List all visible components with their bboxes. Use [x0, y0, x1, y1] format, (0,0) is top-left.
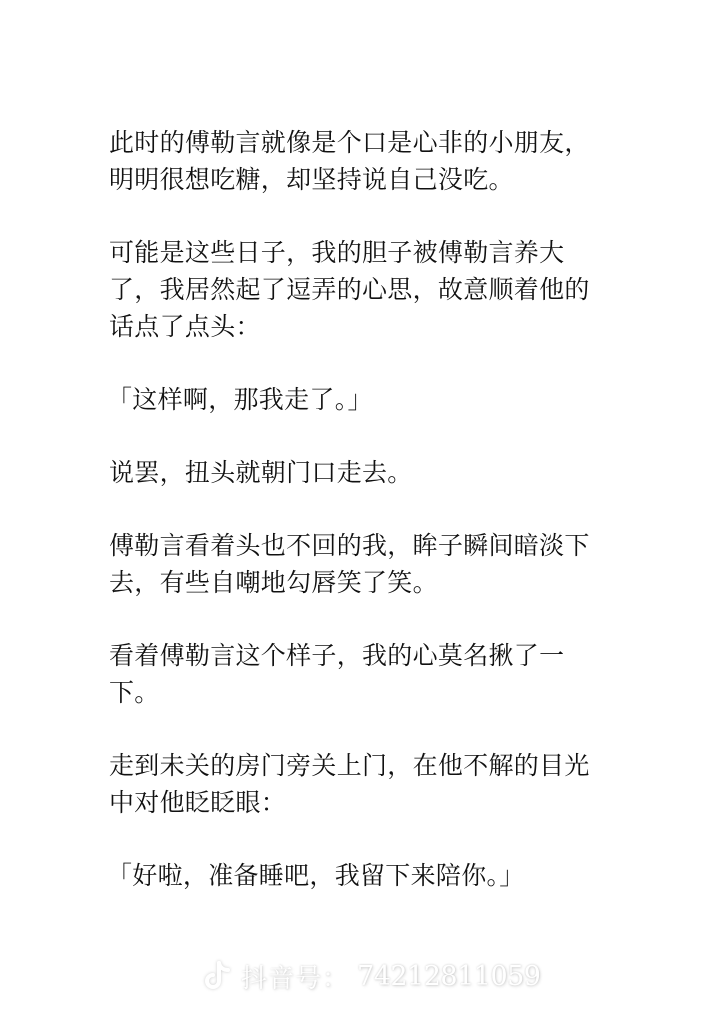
story-text: 此时的傅勒言就像是个口是心非的小朋友，明明很想吃糖，却坚持说自己没吃。 可能是这…: [109, 124, 614, 930]
watermark-account-id: 74212811059: [357, 961, 540, 992]
paragraph: 走到未关的房门旁关上门，在他不解的目光中对他眨眨眼：: [109, 747, 614, 821]
paragraph: 可能是这些日子，我的胆子被傅勒言养大了，我居然起了逗弄的心思，故意顺着他的话点了…: [109, 234, 614, 345]
paragraph: 傅勒言看着头也不回的我，眸子瞬间暗淡下去，有些自嘲地勾唇笑了笑。: [109, 527, 614, 601]
dialogue-paragraph: 「这样啊，那我走了。」: [107, 381, 614, 418]
douyin-logo-icon: [203, 960, 233, 992]
paragraph: 此时的傅勒言就像是个口是心非的小朋友，明明很想吃糖，却坚持说自己没吃。: [109, 124, 614, 198]
dialogue-paragraph: 「好啦，准备睡吧，我留下来陪你。」: [107, 857, 614, 894]
paragraph: 说罢，扭头就朝门口走去。: [109, 454, 614, 491]
watermark-label: 抖音号：: [241, 958, 349, 995]
paragraph: 看着傅勒言这个样子，我的心莫名揪了一下。: [109, 637, 614, 711]
document-page: 此时的傅勒言就像是个口是心非的小朋友，明明很想吃糖，却坚持说自己没吃。 可能是这…: [0, 0, 720, 1015]
douyin-watermark: 抖音号： 74212811059: [203, 956, 540, 996]
